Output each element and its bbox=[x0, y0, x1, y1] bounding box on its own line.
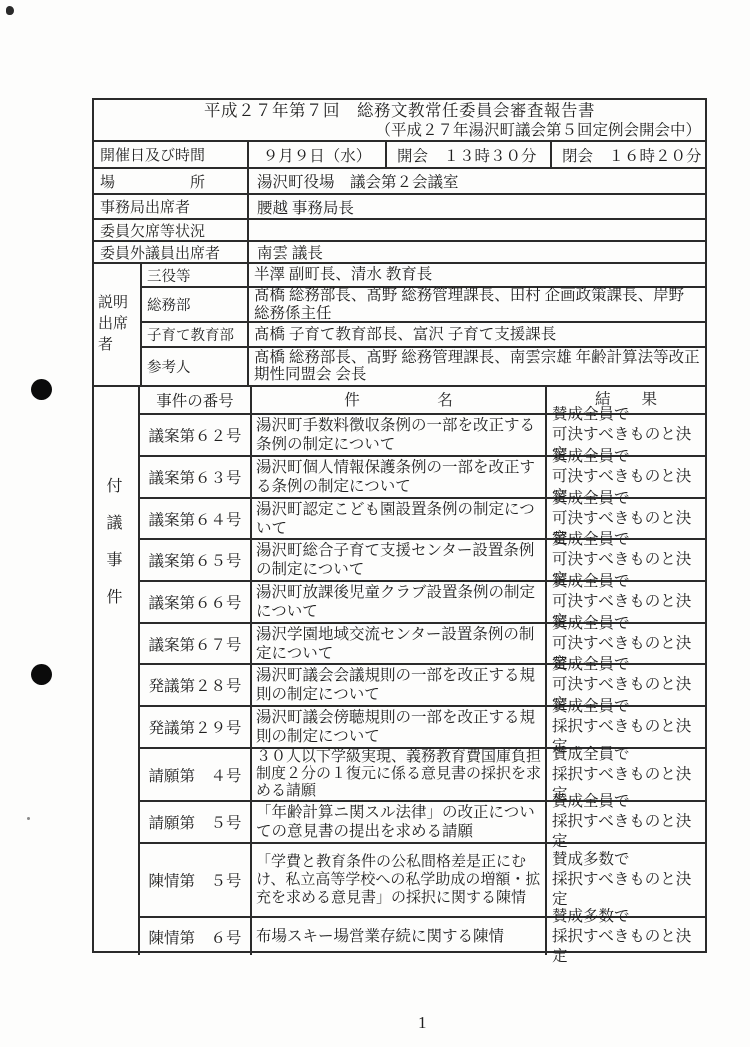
agenda-row: 陳情第 ６号 布場スキー場営業存続に関する陳情 賛成多数で 採択すべきものと決定 bbox=[140, 918, 705, 955]
punch-hole bbox=[31, 664, 52, 685]
open-time: 開会 １３時３０分 bbox=[387, 142, 552, 167]
col-header-case-name: 件 名 bbox=[252, 387, 547, 413]
explainer-row: 子育て教育部 髙橋 子育て教育部長、富沢 子育て支援課長 bbox=[142, 323, 705, 347]
report-title-block: 平成２７年第７回 総務文教常任委員会審査報告書 （平成２７年湯沢町議会第５回定例… bbox=[94, 100, 705, 142]
case-name: ３０人以下学級実現、義務教育費国庫負担制度２分の１復元に係る意見書の採択を求める… bbox=[252, 749, 547, 800]
place-label: 場 所 bbox=[94, 169, 249, 193]
explainer-names: 半澤 副町長、清水 教育長 bbox=[249, 264, 705, 286]
schedule-label: 開催日及び時間 bbox=[94, 142, 249, 167]
case-name: 「学費と教育条件の公私間格差是正にむけ、私立高等学校への私学助成の増額・拡充を求… bbox=[252, 844, 547, 916]
agenda-row: 請願第 ５号 「年齢計算ニ関スル法律」の改正についての意見書の提出を求める請願 … bbox=[140, 802, 705, 844]
case-number: 議案第６６号 bbox=[140, 582, 252, 622]
nonmember-attendee-value: 南雲 議長 bbox=[249, 242, 705, 262]
explainer-row: 三役等 半澤 副町長、清水 教育長 bbox=[142, 264, 705, 288]
agenda-section-label: 付議事件 bbox=[108, 477, 124, 625]
case-name: 布場スキー場営業存続に関する陳情 bbox=[252, 918, 547, 955]
absent-members-row: 委員欠席等状況 bbox=[94, 220, 705, 242]
case-name: 湯沢学園地域交流センター設置条例の制定について bbox=[252, 624, 547, 663]
case-number: 陳情第 ６号 bbox=[140, 918, 252, 955]
explainer-names: 髙橋 総務部長、髙野 総務管理課長、南雲宗雄 年齢計算法等改正期性同盟会 会長 bbox=[249, 348, 705, 385]
close-time: 閉会 １６時２０分 bbox=[552, 142, 705, 167]
case-number: 議案第６７号 bbox=[140, 624, 252, 663]
case-name: 湯沢町放課後児童クラブ設置条例の制定について bbox=[252, 582, 547, 622]
case-name: 湯沢町議会会議規則の一部を改正する規則の制定について bbox=[252, 665, 547, 705]
case-number: 請願第 ４号 bbox=[140, 749, 252, 800]
case-result: 賛成全員で 採択すべきものと決定 bbox=[547, 707, 705, 747]
case-number: 発議第２９号 bbox=[140, 707, 252, 747]
report-title: 平成２７年第７回 総務文教常任委員会審査報告書 bbox=[94, 101, 705, 121]
agenda-row: 発議第２９号 湯沢町議会傍聴規則の一部を改正する規則の制定について 賛成全員で … bbox=[140, 707, 705, 749]
case-number: 陳情第 ５号 bbox=[140, 844, 252, 916]
case-number: 議案第６３号 bbox=[140, 457, 252, 497]
explainer-category: 参考人 bbox=[142, 348, 249, 385]
agenda-section: 付議事件 事件の番号 件 名 結 果 議案第６２号 湯沢町手数料徴収条例の一部を… bbox=[94, 387, 705, 955]
case-name: 湯沢町手数料徴収条例の一部を改正する条例の制定について bbox=[252, 415, 547, 455]
case-number: 請願第 ５号 bbox=[140, 802, 252, 842]
case-name: 湯沢町議会傍聴規則の一部を改正する規則の制定について bbox=[252, 707, 547, 747]
agenda-section-label-cell: 付議事件 bbox=[94, 387, 140, 955]
schedule-row: 開催日及び時間 ９月９日（水） 開会 １３時３０分 閉会 １６時２０分 bbox=[94, 142, 705, 169]
scan-artifact-speck bbox=[27, 817, 30, 820]
absent-members-value bbox=[249, 220, 705, 240]
scan-artifact-speck bbox=[6, 6, 14, 15]
explainer-category: 子育て教育部 bbox=[142, 323, 249, 345]
secretariat-row: 事務局出席者 腰越 事務局長 bbox=[94, 195, 705, 220]
punch-hole bbox=[31, 379, 52, 400]
case-name: 「年齢計算ニ関スル法律」の改正についての意見書の提出を求める請願 bbox=[252, 802, 547, 842]
explainer-category: 総務部 bbox=[142, 288, 249, 321]
committee-report-table: 平成２７年第７回 総務文教常任委員会審査報告書 （平成２７年湯沢町議会第５回定例… bbox=[92, 98, 707, 953]
case-number: 議案第６４号 bbox=[140, 499, 252, 538]
case-result: 賛成多数で 採択すべきものと決定 bbox=[547, 918, 705, 955]
explainer-row: 参考人 髙橋 総務部長、髙野 総務管理課長、南雲宗雄 年齢計算法等改正期性同盟会… bbox=[142, 348, 705, 385]
case-name: 湯沢町総合子育て支援センター設置条例の制定について bbox=[252, 540, 547, 580]
explainer-row: 総務部 髙橋 総務部長、髙野 総務管理課長、田村 企画政策課長、岸野 総務係主任 bbox=[142, 288, 705, 323]
absent-members-label: 委員欠席等状況 bbox=[94, 220, 249, 240]
scanned-document-page: 平成２７年第７回 総務文教常任委員会審査報告書 （平成２７年湯沢町議会第５回定例… bbox=[0, 0, 750, 1047]
secretariat-value: 腰越 事務局長 bbox=[249, 195, 705, 218]
place-row: 場 所 湯沢町役場 議会第２会議室 bbox=[94, 169, 705, 195]
explainers-section-label: 説明 出席者 bbox=[94, 264, 142, 385]
explainers-section: 説明 出席者 三役等 半澤 副町長、清水 教育長 総務部 髙橋 総務部長、髙野 … bbox=[94, 264, 705, 387]
case-name: 湯沢町個人情報保護条例の一部を改正する条例の制定について bbox=[252, 457, 547, 497]
nonmember-attendee-row: 委員外議員出席者 南雲 議長 bbox=[94, 242, 705, 264]
col-header-case-number: 事件の番号 bbox=[140, 387, 252, 413]
case-number: 議案第６２号 bbox=[140, 415, 252, 455]
explainer-category: 三役等 bbox=[142, 264, 249, 286]
case-name: 湯沢町認定こども園設置条例の制定について bbox=[252, 499, 547, 538]
explainer-names: 髙橋 総務部長、髙野 総務管理課長、田村 企画政策課長、岸野 総務係主任 bbox=[249, 288, 705, 321]
case-result: 賛成多数で 採択すべきものと決定 bbox=[547, 844, 705, 916]
case-number: 議案第６５号 bbox=[140, 540, 252, 580]
report-subtitle: （平成２７年湯沢町議会第５回定例会開会中） bbox=[94, 121, 705, 140]
nonmember-attendee-label: 委員外議員出席者 bbox=[94, 242, 249, 262]
explainer-names: 髙橋 子育て教育部長、富沢 子育て支援課長 bbox=[249, 323, 705, 345]
meeting-date: ９月９日（水） bbox=[249, 142, 387, 167]
case-number: 発議第２８号 bbox=[140, 665, 252, 705]
place-value: 湯沢町役場 議会第２会議室 bbox=[249, 169, 705, 193]
secretariat-label: 事務局出席者 bbox=[94, 195, 249, 218]
case-result: 賛成全員で 採択すべきものと決定 bbox=[547, 802, 705, 842]
page-number: 1 bbox=[418, 1013, 427, 1033]
